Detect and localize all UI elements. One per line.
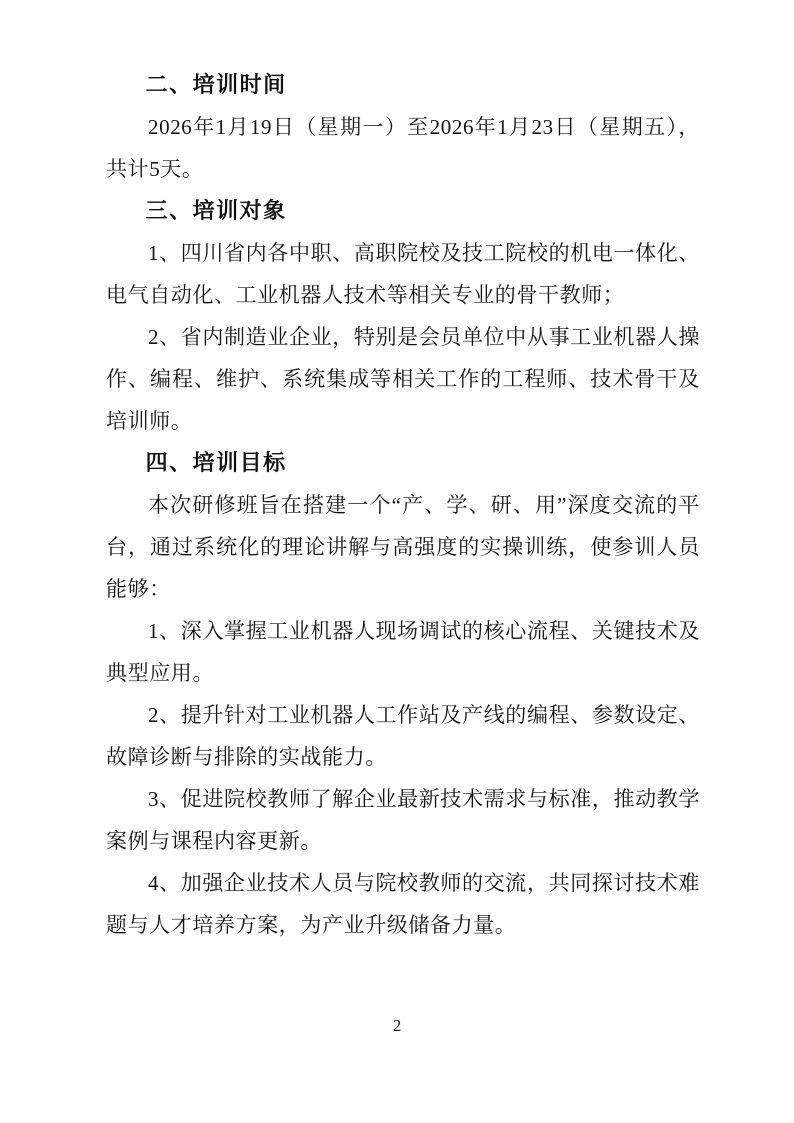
document-body: 二、培训时间 2026年1月19日（星期一）至2026年1月23日（星期五），共… [106, 64, 700, 946]
document-page: 二、培训时间 2026年1月19日（星期一）至2026年1月23日（星期五），共… [0, 0, 794, 1123]
paragraph-goals-intro: 本次研修班旨在搭建一个“产、学、研、用”深度交流的平台，通过系统化的理论讲解与高… [106, 484, 700, 610]
paragraph-goal-item-1: 1、深入掌握工业机器人现场调试的核心流程、关键技术及典型应用。 [106, 610, 700, 694]
section-heading-training-time: 二、培训时间 [106, 64, 700, 106]
paragraph-audience-item-2: 2、省内制造业企业，特别是会员单位中从事工业机器人操作、编程、维护、系统集成等相… [106, 316, 700, 442]
section-heading-training-goals: 四、培训目标 [106, 442, 700, 484]
paragraph-audience-item-1: 1、四川省内各中职、高职院校及技工院校的机电一体化、电气自动化、工业机器人技术等… [106, 232, 700, 316]
paragraph-goal-item-4: 4、加强企业技术人员与院校教师的交流，共同探讨技术难题与人才培养方案，为产业升级… [106, 862, 700, 946]
paragraph-goal-item-2: 2、提升针对工业机器人工作站及产线的编程、参数设定、故障诊断与排除的实战能力。 [106, 694, 700, 778]
section-heading-training-audience: 三、培训对象 [106, 190, 700, 232]
paragraph-goal-item-3: 3、促进院校教师了解企业最新技术需求与标准，推动教学案例与课程内容更新。 [106, 778, 700, 862]
paragraph-training-time: 2026年1月19日（星期一）至2026年1月23日（星期五），共计5天。 [106, 106, 700, 190]
page-number: 2 [0, 1012, 794, 1040]
